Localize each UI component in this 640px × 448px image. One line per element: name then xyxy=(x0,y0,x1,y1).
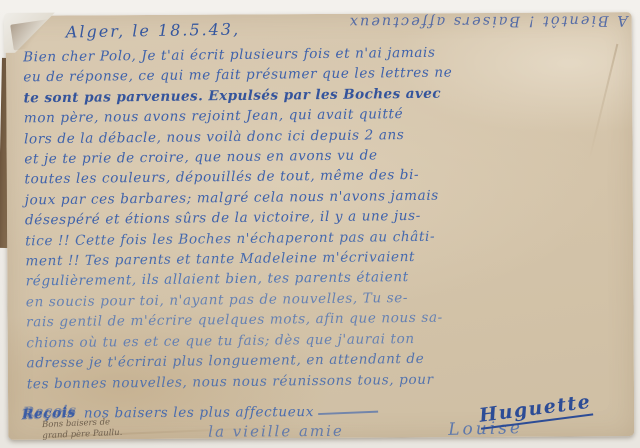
pencil-note: Bons baisers de grand père Paullu. xyxy=(42,417,123,442)
letter-body: Bien cher Polo, Je t'ai écrit plusieurs … xyxy=(23,41,627,395)
pen-flourish xyxy=(318,410,378,414)
photo-of-postcard: Alger, le 18.5.43, A Bientôt ! Baisers a… xyxy=(0,0,640,448)
inverted-farewell-note: A Bientôt ! Baisers affectueux xyxy=(348,12,628,30)
dateline: Alger, le 18.5.43, xyxy=(66,20,241,42)
signature-huguette: Huguette xyxy=(478,391,593,430)
postcard-paper: Alger, le 18.5.43, A Bientôt ! Baisers a… xyxy=(6,12,635,440)
pencil-note-line: grand père Paullu. xyxy=(42,428,122,442)
signoff-text: la vieille amie xyxy=(208,422,344,441)
